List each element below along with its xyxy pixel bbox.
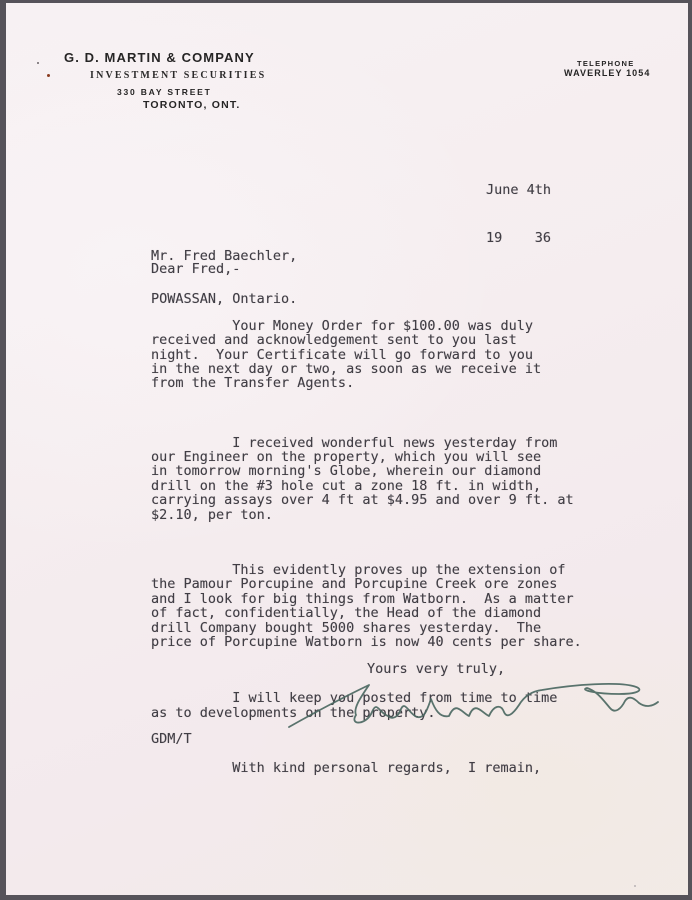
paragraph-money-order: Your Money Order for $100.00 was duly re… [151, 319, 631, 391]
date-line-year: 19 36 [486, 230, 551, 246]
typist-initials: GDM/T [151, 732, 192, 746]
scanned-letter-page: G. D. MARTIN & COMPANY INVESTMENT SECURI… [0, 0, 692, 900]
letterhead-company-name: G. D. MARTIN & COMPANY [64, 50, 255, 65]
signature-ink-stroke [282, 667, 664, 745]
paper-speck-red [47, 74, 50, 77]
letterhead-city: TORONTO, ONT. [143, 99, 240, 111]
telephone-label: TELEPHONE [577, 59, 635, 68]
date-block: June 4th 19 36 [486, 150, 551, 278]
paper-speck-gray [634, 885, 636, 887]
date-line-month-day: June 4th [486, 182, 551, 198]
paragraph-ore-zones: This evidently proves up the extension o… [151, 563, 631, 649]
telephone-number: WAVERLEY 1054 [564, 68, 651, 78]
letterhead-street-address: 330 BAY STREET [117, 87, 212, 97]
paragraph-drill-news: I received wonderful news yesterday from… [151, 436, 631, 522]
paper-speck-dark [37, 62, 39, 64]
letterhead-subtitle: INVESTMENT SECURITIES [90, 70, 266, 81]
paragraph-regards: With kind personal regards, I remain, [151, 761, 631, 775]
handwritten-signature [282, 667, 664, 745]
salutation: Dear Fred,- [151, 262, 240, 276]
